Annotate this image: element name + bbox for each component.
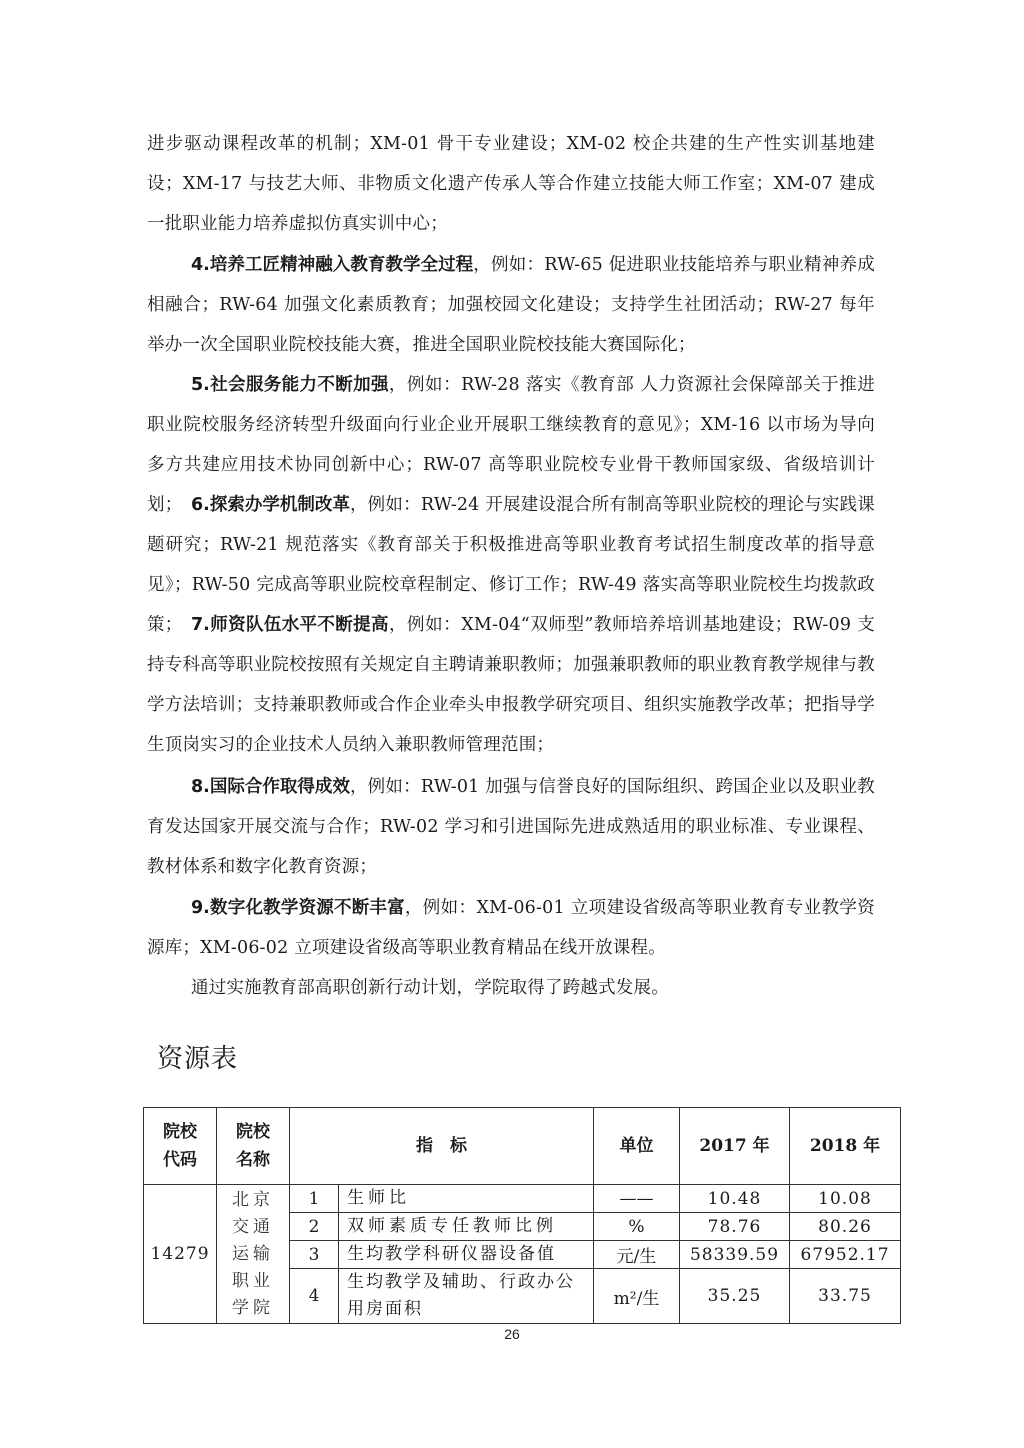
- paragraph-3-continued: 进步驱动课程改革的机制；XM-01 骨干专业建设；XM-02 校企共建的生产性实…: [147, 124, 875, 244]
- header-line: 名称: [217, 1146, 289, 1174]
- resource-table: 院校 代码 院校 名称 指 标 单位 2017 年 2018 年 14279 北…: [143, 1107, 901, 1324]
- header-line: 代码: [144, 1146, 216, 1174]
- paragraph-item-8: 8.国际合作取得成效，例如：RW-01 加强与信誉良好的国际组织、跨国企业以及职…: [147, 767, 875, 887]
- unit-cell: ——: [594, 1185, 680, 1213]
- paragraph-text: ，例如：XM-04“双师型”教师培养培训基地建设；RW-09 支持专科高等职业院…: [147, 615, 875, 755]
- table-row: 14279 北京 交通 运输 职业 学院 1 生师比 —— 10.48 10.0…: [144, 1185, 901, 1213]
- indicator-cell: 生师比: [339, 1185, 594, 1213]
- header-unit: 单位: [594, 1108, 680, 1185]
- paragraph-heading: 4.培养工匠精神融入教育教学全过程: [191, 255, 473, 275]
- unit-cell: 元/生: [594, 1241, 680, 1269]
- row-number: 1: [290, 1185, 339, 1213]
- paragraph-heading: 9.数字化教学资源不断丰富: [191, 898, 405, 918]
- value-2017-cell: 78.76: [680, 1213, 790, 1241]
- school-name-line: 学院: [217, 1295, 289, 1322]
- row-number: 3: [290, 1241, 339, 1269]
- school-name-line: 交通: [217, 1214, 289, 1241]
- unit-cell: m²/生: [594, 1269, 680, 1324]
- school-name-line: 北京: [217, 1187, 289, 1214]
- value-2018-cell: 80.26: [790, 1213, 901, 1241]
- indicator-cell: 双师素质专任教师比例: [339, 1213, 594, 1241]
- value-2018-cell: 67952.17: [790, 1241, 901, 1269]
- paragraph-item-4: 4.培养工匠精神融入教育教学全过程，例如：RW-65 促进职业技能培养与职业精神…: [147, 245, 875, 365]
- paragraph-text: 进步驱动课程改革的机制；XM-01 骨干专业建设；XM-02 校企共建的生产性实…: [147, 134, 875, 234]
- table-header-row: 院校 代码 院校 名称 指 标 单位 2017 年 2018 年: [144, 1108, 901, 1185]
- value-2017-cell: 10.48: [680, 1185, 790, 1213]
- value-2017-cell: 58339.59: [680, 1241, 790, 1269]
- paragraph-conclusion: 通过实施教育部高职创新行动计划，学院取得了跨越式发展。: [147, 968, 875, 1008]
- section-title: 资源表: [157, 1038, 238, 1075]
- paragraph-heading: 6.探索办学机制改革: [191, 495, 350, 515]
- paragraph-text: 通过实施教育部高职创新行动计划，学院取得了跨越式发展。: [191, 978, 669, 998]
- paragraph-heading: 8.国际合作取得成效: [191, 777, 350, 797]
- paragraph-item-9: 9.数字化教学资源不断丰富，例如：XM-06-01 立项建设省级高等职业教育专业…: [147, 888, 875, 968]
- header-school-name: 院校 名称: [217, 1108, 290, 1185]
- header-2018: 2018 年: [790, 1108, 901, 1185]
- school-code-cell: 14279: [144, 1185, 217, 1324]
- value-2018-cell: 10.08: [790, 1185, 901, 1213]
- school-name-line: 运输: [217, 1241, 289, 1268]
- row-number: 2: [290, 1213, 339, 1241]
- header-indicator: 指 标: [290, 1108, 594, 1185]
- header-2017: 2017 年: [680, 1108, 790, 1185]
- value-2017-cell: 35.25: [680, 1269, 790, 1324]
- school-name-cell: 北京 交通 运输 职业 学院: [217, 1185, 290, 1324]
- header-line: 院校: [144, 1118, 216, 1146]
- indicator-cell: 生均教学科研仪器设备值: [339, 1241, 594, 1269]
- paragraph-item-7: 7.师资队伍水平不断提高，例如：XM-04“双师型”教师培养培训基地建设；RW-…: [147, 605, 875, 765]
- page-number: 26: [0, 1326, 1024, 1342]
- unit-cell: %: [594, 1213, 680, 1241]
- paragraph-heading: 5.社会服务能力不断加强: [191, 375, 389, 395]
- header-line: 院校: [217, 1118, 289, 1146]
- document-page: 进步驱动课程改革的机制；XM-01 骨干专业建设；XM-02 校企共建的生产性实…: [0, 0, 1024, 1448]
- paragraph-heading: 7.师资队伍水平不断提高: [191, 615, 389, 635]
- indicator-cell: 生均教学及辅助、行政办公用房面积: [339, 1269, 594, 1324]
- value-2018-cell: 33.75: [790, 1269, 901, 1324]
- row-number: 4: [290, 1269, 339, 1324]
- school-name-line: 职业: [217, 1268, 289, 1295]
- header-school-code: 院校 代码: [144, 1108, 217, 1185]
